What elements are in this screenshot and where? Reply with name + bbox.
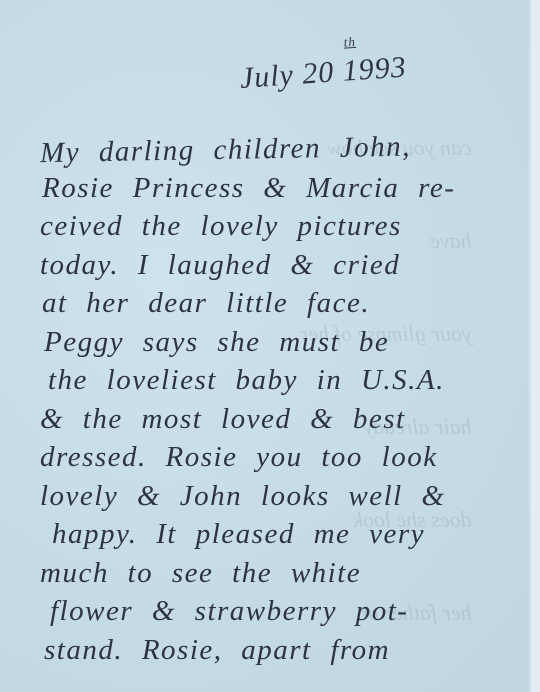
letter-page: can you see how have your glimpse of her… [0,0,540,692]
letter-line: lovely & John looks well & [40,477,510,516]
letter-line: My darling children John, [40,126,511,173]
letter-body: My darling children John, Rosie Princess… [40,130,510,669]
letter-line: happy. It pleased me very [40,515,510,554]
letter-line: flower & strawberry pot- [40,592,510,631]
letter-line: ceived the lovely pictures [40,207,510,246]
letter-line: at her dear little face. [40,284,510,323]
letter-line: the loveliest baby in U.S.A. [40,361,510,400]
date-text: July 20 1993 [239,50,408,95]
letter-line: today. I laughed & cried [40,246,510,285]
letter-line: stand. Rosie, apart from [40,631,510,670]
letter-line: & the most loved & best [40,400,510,439]
letter-line: Peggy says she must be [40,323,510,362]
letter-line: dressed. Rosie you too look [40,438,510,477]
letter-line: Rosie Princess & Marcia re- [40,169,510,208]
letter-date: July 20 1993 th [239,50,408,96]
letter-line: much to see the white [40,554,510,593]
date-day-suffix: th [343,34,356,51]
